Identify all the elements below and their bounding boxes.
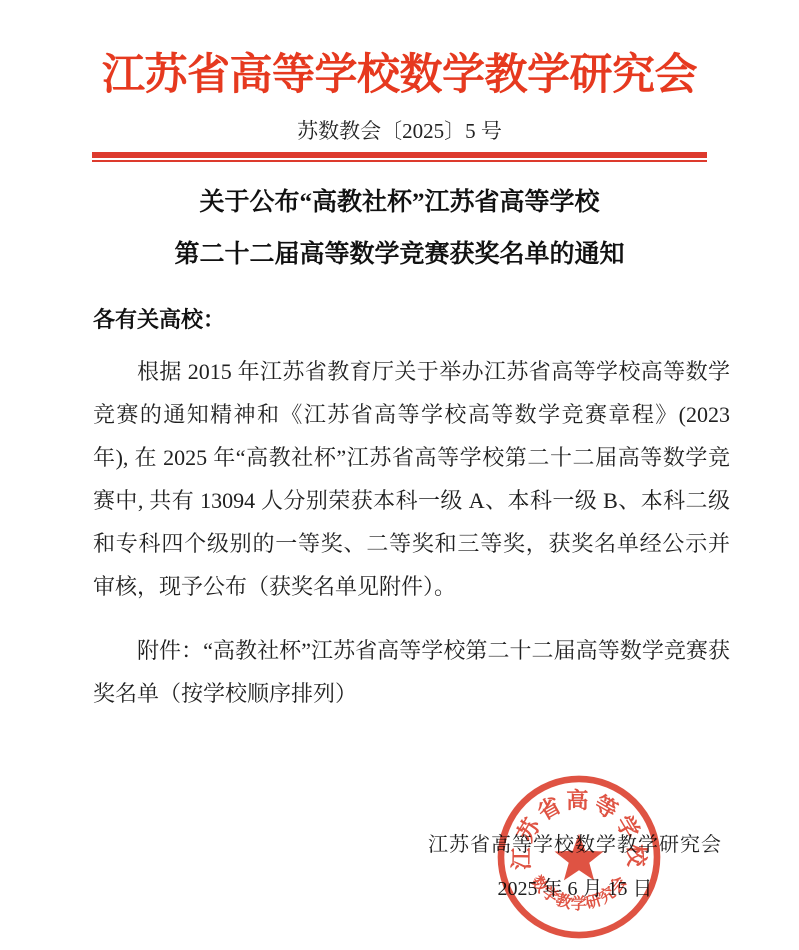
red-divider-rule [92,152,707,162]
document-title-line-1: 关于公布“高教社杯”江苏省高等学校 [0,177,799,229]
signature-block: 江苏省高等学校数学教学研究会 2025 年 6 月 15 日 [428,831,722,903]
letterhead-title: 江苏省高等学校数学教学研究会 [0,0,799,102]
body-paragraph: 根据 2015 年江苏省教育厅关于举办江苏省高等学校高等数学竞赛的通知精神和《江… [0,350,799,608]
document-title-line-2: 第二十二届高等数学竞赛获奖名单的通知 [0,229,799,281]
document-title: 关于公布“高教社杯”江苏省高等学校 第二十二届高等数学竞赛获奖名单的通知 [0,177,799,281]
attachment-paragraph: 附件：“高教社杯”江苏省高等学校第二十二届高等数学竞赛获奖名单（按学校顺序排列） [0,629,799,715]
official-document-page: 江苏省高等学校数学教学研究会 苏数教会〔2025〕5 号 关于公布“高教社杯”江… [0,0,799,950]
red-rule-thin-line [92,160,707,162]
document-number: 苏数教会〔2025〕5 号 [0,118,799,144]
salutation: 各有关高校： [93,305,799,335]
signature-organization: 江苏省高等学校数学教学研究会 [428,831,722,859]
signature-date: 2025 年 6 月 15 日 [428,875,722,903]
